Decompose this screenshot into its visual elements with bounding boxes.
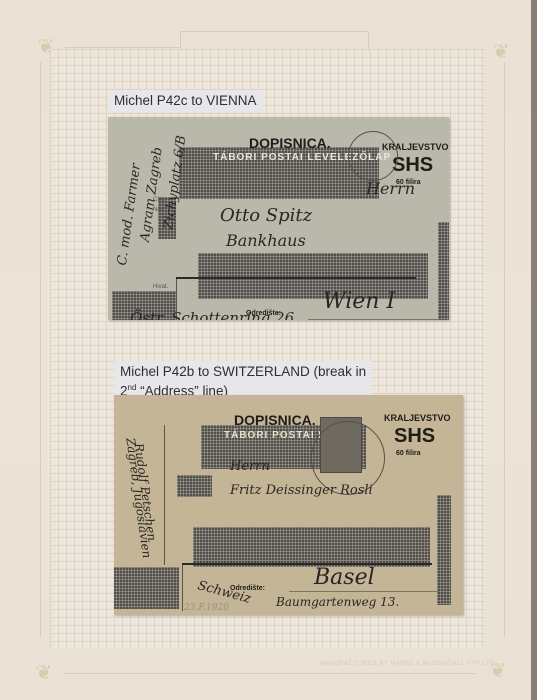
obliteration-bar (177, 475, 212, 497)
page-edge-shadow (531, 0, 537, 700)
handwritten-sender-1: C. mod. Farmer (115, 163, 144, 267)
divider-line (182, 563, 183, 611)
caption-text: Michel P42c to VIENNA (114, 93, 257, 108)
kingdom-abbr: SHS (394, 425, 435, 448)
handwritten-recipient: Otto Spitz (220, 205, 312, 226)
kingdom-label: KRALJEVSTVO (384, 413, 451, 423)
office-label: Hivat. (153, 284, 168, 290)
footer-imprint: MANUFACTURED BY HAWID & McDOUGALL PTY LT… (320, 661, 495, 667)
album-page: ❦ ❦ ❦ ❦ MANUFACTURED BY HAWID & McDOUGAL… (0, 0, 537, 700)
value-label: 60 filira (396, 450, 421, 457)
caption-line-1: Michel P42b to SWITZERLAND (break in (120, 364, 366, 380)
frame-bottom (64, 673, 476, 674)
handwritten-city: Wien I (323, 289, 395, 314)
griffin-ornament-icon: ❦ (33, 662, 55, 684)
pencil-note: 23.F.1920 (184, 603, 229, 613)
destination-line (289, 591, 439, 592)
frame-right (504, 62, 505, 637)
griffin-ornament-icon: ❦ (490, 41, 512, 63)
caption-vienna: Michel P42c to VIENNA (108, 90, 263, 112)
handwritten-city: Basel (314, 565, 375, 590)
strike-line (182, 563, 432, 565)
handwritten-herrn: Herrn (366, 179, 415, 198)
obliteration-bar (437, 495, 451, 605)
frame-top-left (65, 47, 180, 48)
card-title: DOPISNICA. (249, 135, 331, 151)
frame-left (40, 62, 41, 637)
destination-line (308, 319, 438, 320)
kingdom-abbr: SHS (392, 154, 433, 177)
strike-line (176, 277, 416, 279)
handwritten-bankhaus: Bankhaus (226, 231, 306, 250)
card-title: DOPISNICA. (234, 412, 316, 428)
handwritten-street: Östr. Schottenring 26 (130, 309, 294, 320)
handwritten-herrn: Herrn (230, 459, 270, 474)
obliteration-bar (193, 527, 430, 567)
postcard-vienna: DOPISNICA. TÁBORI POSTAI LEVELEZŐLAP KRA… (108, 117, 449, 320)
obliteration-bar (114, 567, 179, 609)
postcard-switzerland: DOPISNICA. TÁBORI POSTAI LE KRALJEVSTVO … (114, 395, 463, 615)
handwritten-street: Baumgartenweg 13. (276, 595, 399, 609)
sender-divider-line (164, 425, 165, 565)
handwritten-recipient: Fritz Deissinger Rosli (230, 483, 373, 498)
obliteration-bar (438, 222, 449, 320)
postmark-cancel (348, 131, 398, 181)
